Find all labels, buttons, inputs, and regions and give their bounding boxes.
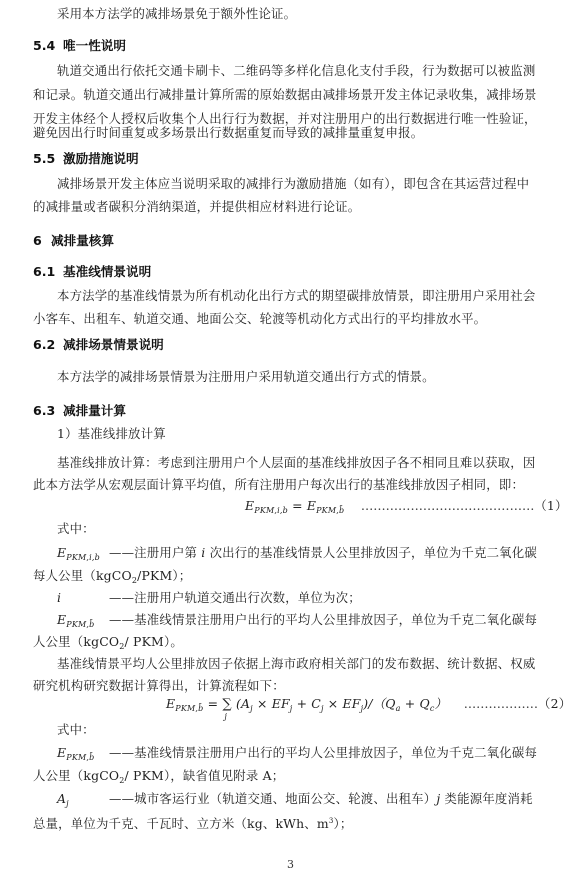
formula-symbol: j	[436, 791, 440, 806]
formula-operator: =	[208, 696, 219, 711]
section-heading-6-2: 6.2减排场景情景说明	[33, 337, 164, 353]
section-number: 6	[33, 233, 51, 249]
where-label: 式中：	[57, 521, 95, 537]
definition-item: EPKM,b̄——基准线情景注册用户出行的平均人公里排放因子，单位为千克二氧化碳…	[57, 745, 537, 766]
formula-symbol: E	[307, 498, 316, 513]
where-label: 式中：	[57, 722, 95, 738]
formula-symbol: E	[166, 696, 175, 711]
formula-subscript: PKM,b̄	[316, 506, 344, 515]
definition-text: 每人公里（kgCO	[33, 568, 132, 583]
paragraph-line: 采用本方法学的减排场景免于额外性论证。	[57, 6, 296, 22]
formula-term: ）	[435, 696, 448, 711]
formula-number: （1）	[534, 498, 565, 513]
summation-symbol: ∑j	[222, 697, 231, 713]
definition-text: ——基准线情景注册用户出行的平均人公里排放因子，单位为千克二氧化碳每	[109, 612, 537, 627]
paragraph-line: 此本方法学从宏观层面计算平均值，所有注册用户每次出行的基准线排放因子相同，即：	[33, 477, 524, 493]
formula-1: EPKM,i,b = EPKM,b̄ ……………………………………（1）	[245, 498, 565, 519]
definition-text: /PKM）；	[137, 568, 191, 583]
section-number: 5.5	[33, 151, 63, 167]
formula-symbol: i	[201, 545, 205, 560]
definition-text: ）；	[334, 816, 353, 831]
section-number: 6.3	[33, 403, 63, 419]
definition-item: i——注册用户轨道交通出行次数，单位为次；	[57, 590, 361, 606]
formula-subscript: PKM,b̄	[175, 704, 203, 713]
formula-subscript: PKM,i,b	[254, 506, 288, 515]
formula-subscript: PKM,b̄	[66, 753, 94, 762]
formula-symbol: E	[57, 745, 66, 760]
sigma-index: j	[224, 709, 227, 725]
definition-text: / PKM）。	[125, 634, 183, 649]
definition-text: ——注册用户轨道交通出行次数，单位为次；	[109, 590, 361, 605]
formula-body: (Aj × EFj + Cj × EFj)/（Qa + Qc）	[236, 696, 447, 711]
section-number: 5.4	[33, 38, 63, 54]
formula-subscript: j	[66, 799, 69, 808]
definition-text: 次出行的基准线情景人公里排放因子，单位为千克二氧化碳	[210, 545, 537, 560]
formula-symbol: i	[57, 590, 61, 605]
section-heading-6-1: 6.1基准线情景说明	[33, 264, 151, 280]
definition-item: EPKM,i,b——注册用户第 i 次出行的基准线情景人公里排放因子，单位为千克…	[57, 545, 537, 566]
definition-text: ——城市客运行业（轨道交通、地面公交、轮渡、出租车）	[109, 791, 436, 806]
formula-leader-dots: ……………………………………	[361, 498, 534, 513]
formula-symbol: E	[57, 545, 66, 560]
definition-continuation: 总量，单位为千克、千瓦时、立方米（kg、kWh、m3）；	[33, 813, 352, 832]
paragraph-line: 小客车、出租车、轨道交通、地面公交、轮渡等机动化方式出行的平均排放水平。	[33, 311, 486, 327]
formula-symbol: E	[57, 612, 66, 627]
paragraph-line: 基准线情景平均人公里排放因子依据上海市政府相关部门的发布数据、统计数据、权威	[57, 656, 535, 672]
section-title: 激励措施说明	[63, 151, 139, 166]
formula-leader-dots: ………………	[464, 696, 538, 711]
document-page: 采用本方法学的减排场景免于额外性论证。 5.4唯一性说明 轨道交通出行依托交通卡…	[0, 0, 565, 880]
definition-continuation: 每人公里（kgCO2/PKM）；	[33, 568, 191, 589]
section-number: 6.2	[33, 337, 63, 353]
section-number: 6.1	[33, 264, 63, 280]
formula-term: + C	[292, 696, 321, 711]
paragraph-line: 和记录。轨道交通出行减排量计算所需的原始数据由减排场景开发主体记录收集，减排场景	[33, 87, 537, 103]
section-heading-6-3: 6.3减排量计算	[33, 403, 126, 419]
paragraph-line: 轨道交通出行依托交通卡刷卡、二维码等多样化信息化支付手段，行为数据可以被监测	[57, 63, 535, 79]
formula-subscript: PKM,b̄	[66, 620, 94, 629]
formula-subscript: PKM,i,b	[66, 553, 100, 562]
page-number: 3	[287, 857, 294, 873]
section-heading-5-4: 5.4唯一性说明	[33, 38, 126, 54]
formula-2: EPKM,b̄ = ∑j (Aj × EFj + Cj × EFj)/（Qa +…	[166, 696, 565, 717]
paragraph-line: 基准线排放计算：考虑到注册用户个人层面的基准线排放因子各不相同且难以获取，因	[57, 455, 535, 471]
section-title: 基准线情景说明	[63, 264, 151, 279]
subsection-label: 1）基准线排放计算	[57, 426, 166, 442]
definition-item: Aj——城市客运行业（轨道交通、地面公交、轮渡、出租车）j 类能源年度消耗	[57, 791, 533, 812]
formula-term: （Q	[373, 696, 396, 711]
section-title: 减排量计算	[63, 403, 126, 418]
definition-text: 总量，单位为千克、千瓦时、立方米（kg、kWh、m	[33, 816, 329, 831]
section-title: 减排量核算	[51, 233, 114, 248]
definition-continuation: 人公里（kgCO2/ PKM）。	[33, 634, 183, 655]
definition-text: ——注册用户第	[109, 545, 197, 560]
formula-term: (A	[236, 696, 250, 711]
section-title: 唯一性说明	[63, 38, 126, 53]
paragraph-line: 避免因出行时间重复或多场景出行数据重复而导致的减排量重复申报。	[33, 125, 423, 141]
definition-text: 类能源年度消耗	[445, 791, 533, 806]
definition-item: EPKM,b̄——基准线情景注册用户出行的平均人公里排放因子，单位为千克二氧化碳…	[57, 612, 537, 633]
formula-term: )/	[363, 696, 372, 711]
paragraph-line: 研究机构研究数据计算得出，计算流程如下：	[33, 678, 285, 694]
section-title: 减排场景情景说明	[63, 337, 164, 352]
section-heading-6: 6减排量核算	[33, 233, 114, 249]
paragraph-line: 本方法学的基准线情景为所有机动化出行方式的期望碳排放情景，即注册用户采用社会	[57, 288, 535, 304]
paragraph-line: 减排场景开发主体应当说明采取的减排行为激励措施（如有），即包含在其运营过程中	[57, 176, 529, 192]
formula-number: （2）	[538, 696, 565, 711]
paragraph-line: 的减排量或者碳积分消纳渠道，并提供相应材料进行论证。	[33, 199, 360, 215]
paragraph-line: 本方法学的减排场景情景为注册用户采用轨道交通出行方式的情景。	[57, 369, 435, 385]
formula-symbol: A	[57, 791, 66, 806]
formula-symbol: E	[245, 498, 254, 513]
definition-text: 人公里（kgCO	[33, 768, 119, 783]
definition-continuation: 人公里（kgCO2/ PKM），缺省值见附录 A；	[33, 768, 284, 789]
definition-text: 人公里（kgCO	[33, 634, 119, 649]
definition-text: / PKM），缺省值见附录 A；	[125, 768, 285, 783]
formula-term: + Q	[401, 696, 430, 711]
section-heading-5-5: 5.5激励措施说明	[33, 151, 139, 167]
formula-term: × EF	[253, 696, 290, 711]
formula-term: × EF	[324, 696, 361, 711]
definition-text: ——基准线情景注册用户出行的平均人公里排放因子，单位为千克二氧化碳每	[109, 745, 537, 760]
formula-operator: =	[292, 498, 303, 513]
